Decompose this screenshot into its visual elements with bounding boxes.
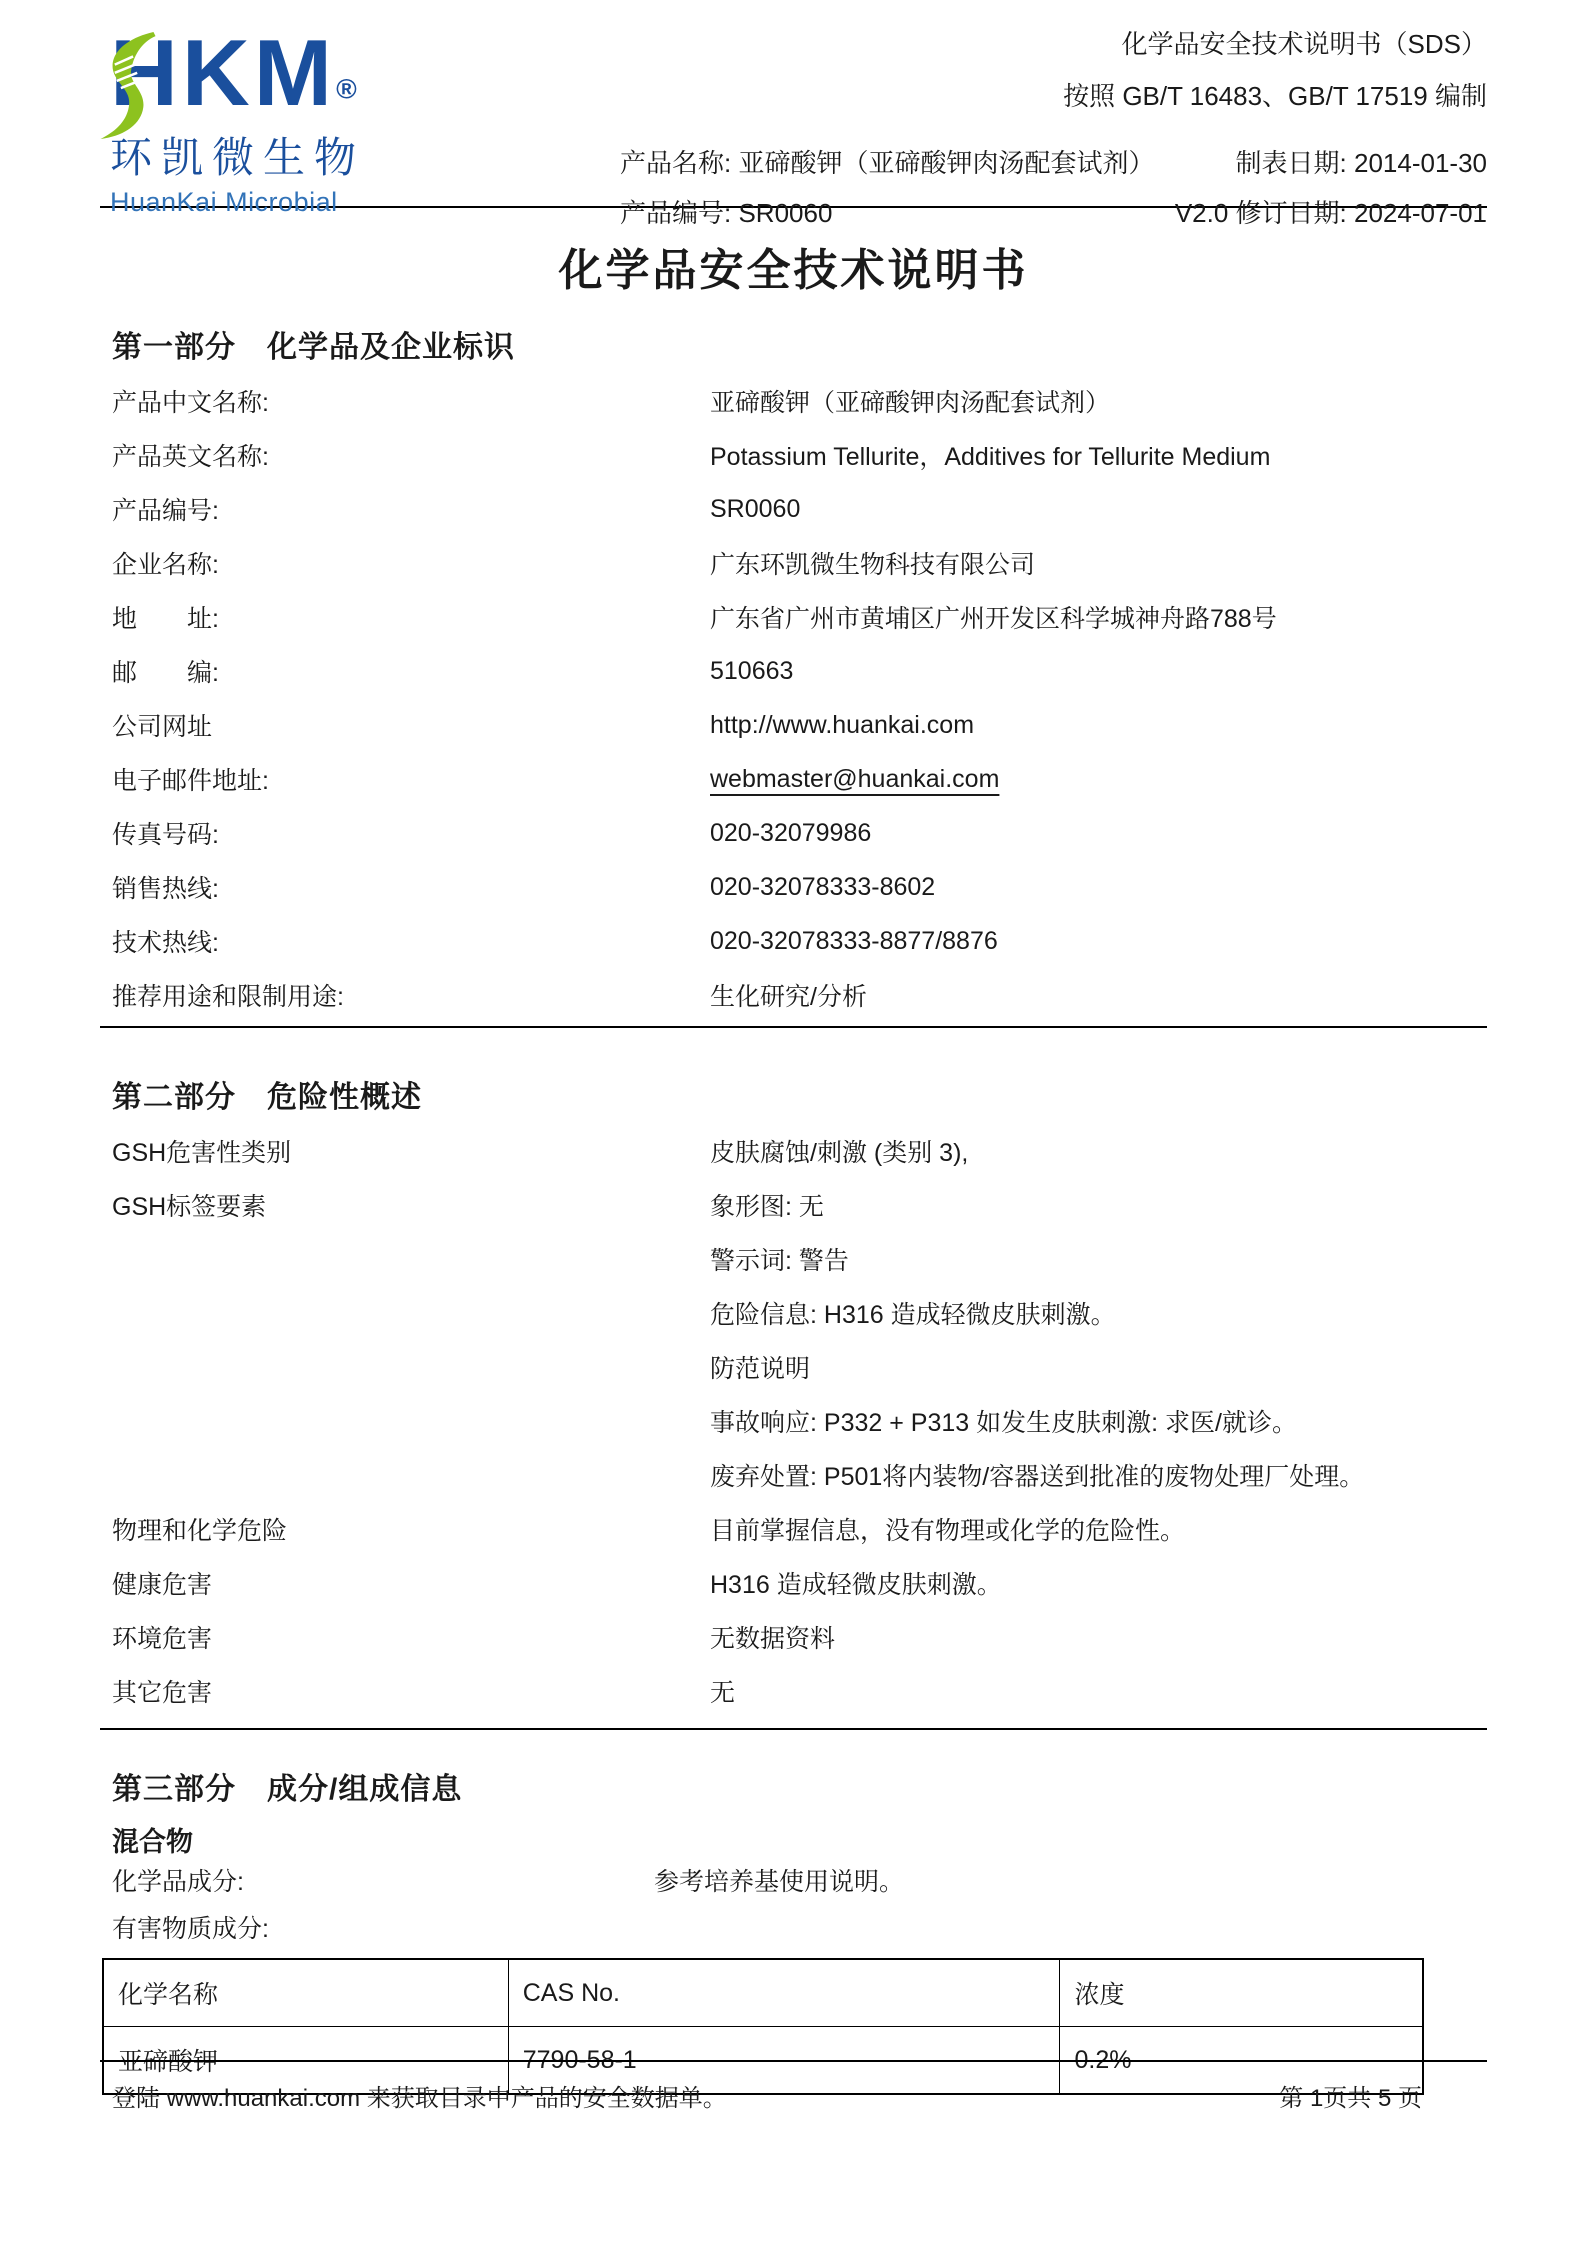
field-value: Potassium Tellurite，Additives for Tellur… [710,437,1487,473]
field-row: 健康危害 H316 造成轻微皮肤刺激。 [100,1556,1487,1610]
field-value: 参考培养基使用说明。 [654,1862,1487,1898]
field-row: 产品编号: SR0060 [100,482,1487,536]
column-header-cas-no: CAS No. [508,1959,1060,2027]
field-label: GSH标签要素 [112,1187,710,1223]
section2-heading: 第二部分 危险性概述 [100,1072,1487,1116]
field-row: GSH危害性类别 皮肤腐蚀/刺激 (类别 3), [100,1124,1487,1178]
section2-fields: GSH危害性类别 皮肤腐蚀/刺激 (类别 3), GSH标签要素 象形图: 无 … [100,1124,1487,1718]
company-logo: HKM® 环凯微生物 HuanKai Microbial [110,28,440,218]
table-header-row: 化学名称 CAS No. 浓度 [103,1959,1423,2027]
field-value: 020-32078333-8877/8876 [710,927,1487,956]
field-row: 销售热线: 020-32078333-8602 [100,860,1487,914]
field-label: 物理和化学危险 [112,1511,710,1547]
field-label: 产品英文名称: [112,437,710,473]
field-label: 销售热线: [112,869,710,905]
website-value: http://www.huankai.com [710,711,1487,740]
field-value: 020-32079986 [710,819,1487,848]
field-label: 电子邮件地址: [112,761,710,797]
field-value: 危险信息: H316 造成轻微皮肤刺激。 [710,1295,1487,1331]
field-label: 推荐用途和限制用途: [112,977,710,1013]
field-value: 广东环凯微生物科技有限公司 [710,545,1487,581]
header-create-date: 制表日期: 2014-01-30 [1236,143,1487,180]
mixture-label: 混合物 [100,1820,1487,1850]
dna-ribbon-icon [94,30,160,142]
section-divider [100,1728,1487,1730]
field-label: GSH危害性类别 [112,1133,710,1169]
page-title: 化学品安全技术说明书 [100,234,1487,298]
product-code-row: 产品编号: SR0060 V2.0 修订日期: 2024-07-01 [620,193,1487,230]
field-row: 防范说明 [100,1340,1487,1394]
field-label: 化学品成分: [112,1862,654,1898]
header-meta: 化学品安全技术说明书（SDS） 按照 GB/T 16483、GB/T 17519… [620,24,1487,230]
field-value: 警示词: 警告 [710,1241,1487,1277]
header-product-code: 产品编号: SR0060 [620,193,832,230]
field-label: 传真号码: [112,815,710,851]
footer-divider [100,2060,1487,2062]
field-value: 020-32078333-8602 [710,873,1487,902]
field-value: 目前掌握信息，没有物理或化学的危险性。 [710,1511,1487,1547]
section1-heading: 第一部分 化学品及企业标识 [100,322,1487,366]
field-label: 邮 编: [112,653,710,689]
page-number: 第 1页共 5 页 [1279,2078,1422,2113]
field-label: 其它危害 [112,1673,710,1709]
logo-mark: HKM® [110,28,440,117]
field-row: 警示词: 警告 [100,1232,1487,1286]
field-value: 废弃处置: P501将内装物/容器送到批准的废物处理厂处理。 [710,1457,1487,1493]
field-row: 传真号码: 020-32079986 [100,806,1487,860]
field-label: 产品中文名称: [112,383,710,419]
footer-note: 登陆 www.huankai.com 来获取目录中产品的安全数据单。 [100,2078,727,2113]
field-value: 无数据资料 [710,1619,1487,1655]
field-row: 推荐用途和限制用途: 生化研究/分析 [100,968,1487,1022]
field-value: 事故响应: P332 + P313 如发生皮肤刺激: 求医/就诊。 [710,1403,1487,1439]
field-label: 产品编号: [112,491,710,527]
field-row: 废弃处置: P501将内装物/容器送到批准的废物处理厂处理。 [100,1448,1487,1502]
field-row: 企业名称: 广东环凯微生物科技有限公司 [100,536,1487,590]
field-value: 无 [710,1673,1487,1709]
field-row: 产品英文名称: Potassium Tellurite，Additives fo… [100,428,1487,482]
field-row: 邮 编: 510663 [100,644,1487,698]
field-label: 地 址: [112,599,710,635]
field-row: 环境危害 无数据资料 [100,1610,1487,1664]
field-row: 事故响应: P332 + P313 如发生皮肤刺激: 求医/就诊。 [100,1394,1487,1448]
field-row: 地 址: 广东省广州市黄埔区广州开发区科学城神舟路788号 [100,590,1487,644]
column-header-concentration: 浓度 [1060,1959,1423,2027]
email-link[interactable]: webmaster@huankai.com [710,765,999,794]
field-value: 510663 [710,657,1487,686]
field-row: 公司网址 http://www.huankai.com [100,698,1487,752]
sds-doc-type: 化学品安全技术说明书（SDS） [620,24,1487,61]
field-value: 广东省广州市黄埔区广州开发区科学城神舟路788号 [710,599,1487,635]
field-value: H316 造成轻微皮肤刺激。 [710,1565,1487,1601]
field-label: 企业名称: [112,545,710,581]
field-row: 其它危害 无 [100,1664,1487,1718]
header-revision-date: V2.0 修订日期: 2024-07-01 [1175,193,1487,230]
field-row: 技术热线: 020-32078333-8877/8876 [100,914,1487,968]
hazardous-components-label: 有害物质成分: [100,1910,1487,1944]
page-footer: 登陆 www.huankai.com 来获取目录中产品的安全数据单。 第 1页共… [100,2060,1487,2113]
logo-english-name: HuanKai Microbial [110,187,440,218]
sds-document-page: HKM® 环凯微生物 HuanKai Microbial 化学品安全技术说明书（… [0,0,1587,2245]
field-value: 防范说明 [710,1349,1487,1385]
field-row: 物理和化学危险 目前掌握信息，没有物理或化学的危险性。 [100,1502,1487,1556]
column-header-chemical-name: 化学名称 [103,1959,508,2027]
section1-fields: 产品中文名称: 亚碲酸钾（亚碲酸钾肉汤配套试剂） 产品英文名称: Potassi… [100,374,1487,1022]
section3-heading: 第三部分 成分/组成信息 [100,1764,1487,1808]
compile-standard: 按照 GB/T 16483、GB/T 17519 编制 [620,76,1487,113]
field-value: 亚碲酸钾（亚碲酸钾肉汤配套试剂） [710,383,1487,419]
section-divider [100,1026,1487,1028]
field-value: 皮肤腐蚀/刺激 (类别 3), [710,1133,1487,1169]
field-label: 技术热线: [112,923,710,959]
field-label: 公司网址 [112,707,710,743]
field-label: 环境危害 [112,1619,710,1655]
field-row: 化学品成分: 参考培养基使用说明。 [100,1854,1487,1906]
field-label: 健康危害 [112,1565,710,1601]
field-row: 危险信息: H316 造成轻微皮肤刺激。 [100,1286,1487,1340]
field-row: 产品中文名称: 亚碲酸钾（亚碲酸钾肉汤配套试剂） [100,374,1487,428]
field-value: SR0060 [710,495,1487,524]
registered-trademark-icon: ® [336,74,357,105]
field-value: 生化研究/分析 [710,977,1487,1013]
field-row: GSH标签要素 象形图: 无 [100,1178,1487,1232]
header-product-name: 产品名称: 亚碲酸钾（亚碲酸钾肉汤配套试剂） [620,143,1154,180]
field-value: 象形图: 无 [710,1187,1487,1223]
product-name-row: 产品名称: 亚碲酸钾（亚碲酸钾肉汤配套试剂） 制表日期: 2014-01-30 [620,143,1487,180]
field-row: 电子邮件地址: webmaster@huankai.com [100,752,1487,806]
document-header: HKM® 环凯微生物 HuanKai Microbial 化学品安全技术说明书（… [100,0,1487,208]
